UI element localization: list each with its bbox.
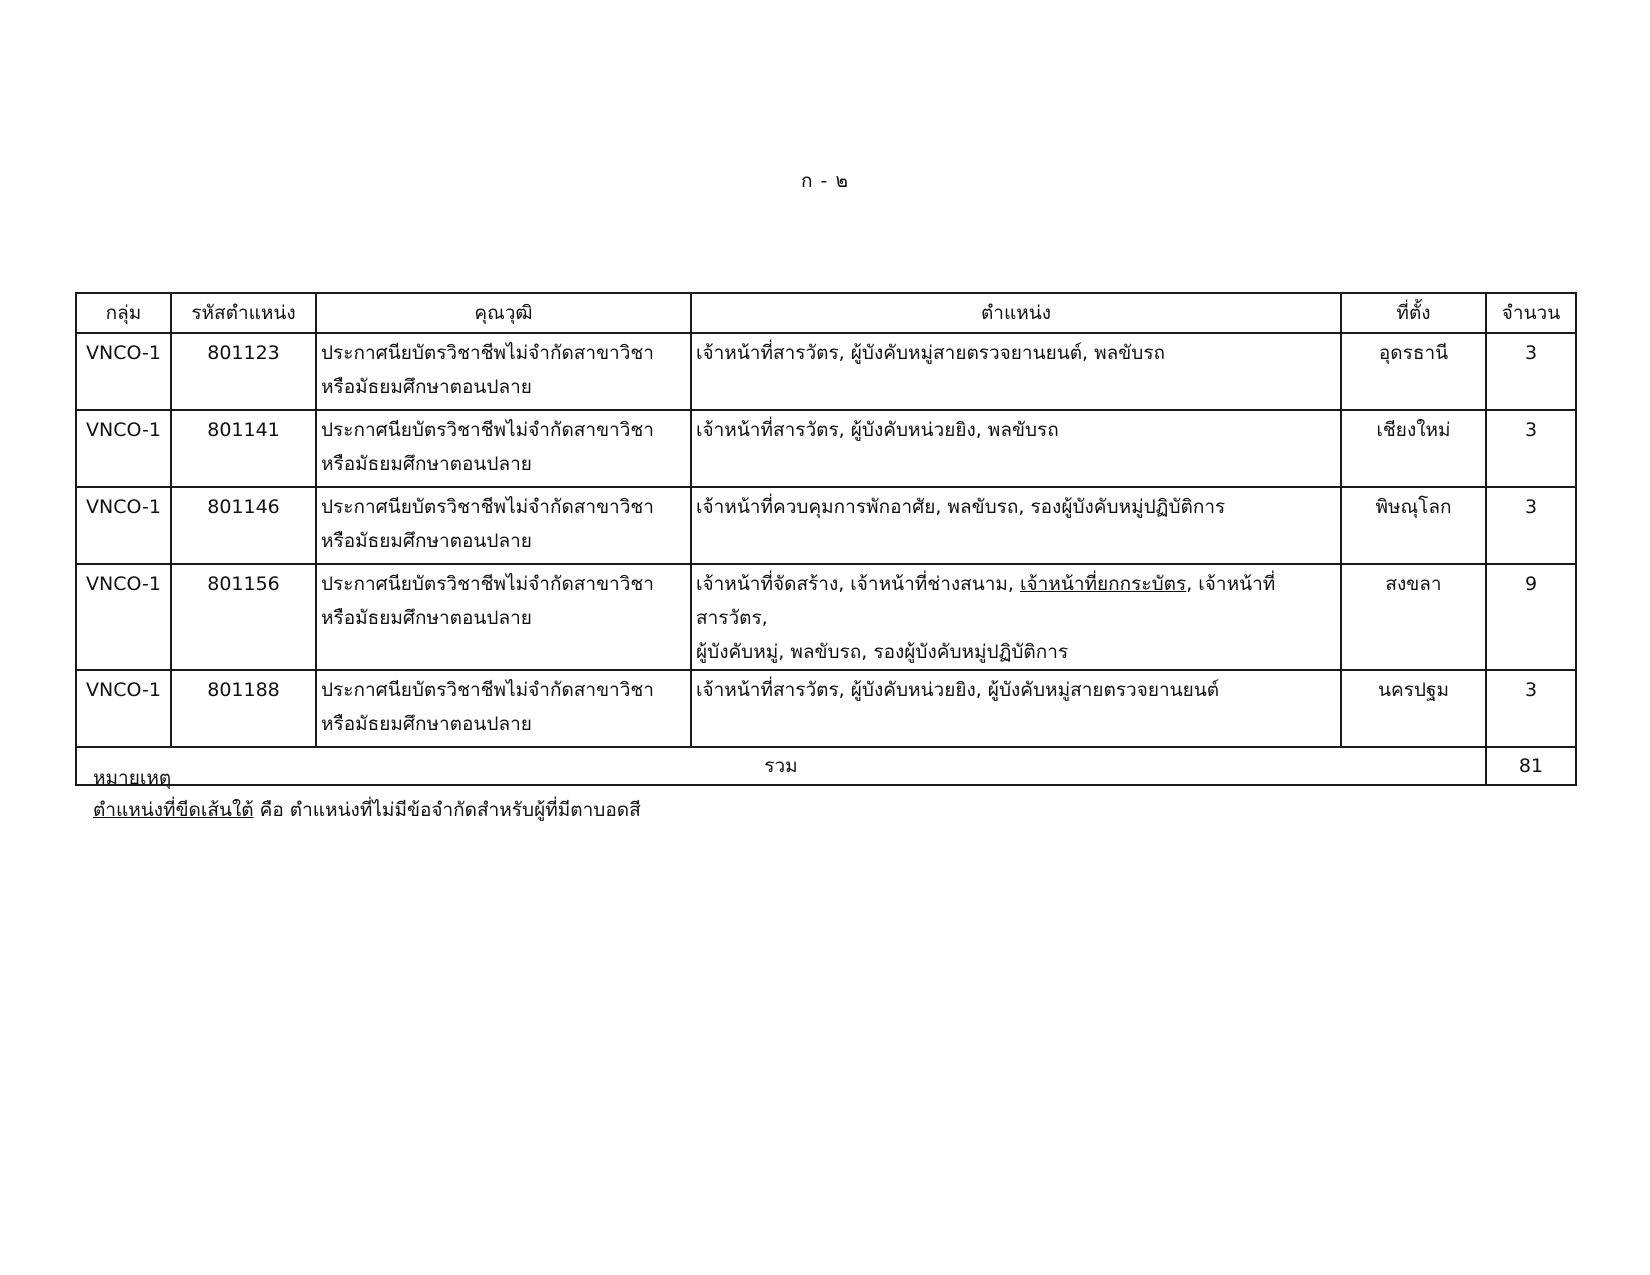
cell-group: VNCO-1	[76, 410, 171, 487]
cell-code: 801123	[171, 333, 316, 410]
cell-count: 3	[1486, 410, 1576, 487]
cell-position: เจ้าหน้าที่จัดสร้าง, เจ้าหน้าที่ช่างสนาม…	[691, 564, 1341, 670]
table-row: VNCO-1 801188 ประกาศนียบัตรวิชาชีพไม่จำก…	[76, 670, 1576, 747]
cell-location: สงขลา	[1341, 564, 1486, 670]
cell-location: พิษณุโลก	[1341, 487, 1486, 564]
table-row: VNCO-1 801146 ประกาศนียบัตรวิชาชีพไม่จำก…	[76, 487, 1576, 564]
table-row: VNCO-1 801123 ประกาศนียบัตรวิชาชีพไม่จำก…	[76, 333, 1576, 410]
cell-code: 801146	[171, 487, 316, 564]
qualification-line-1: ประกาศนียบัตรวิชาชีพไม่จำกัดสาขาวิชา	[321, 336, 690, 370]
cell-location: อุดรธานี	[1341, 333, 1486, 410]
notes-section: หมายเหตุ ตำแหน่งที่ขีดเส้นใต้ คือ ตำแหน่…	[93, 762, 641, 826]
qualification-line-2: หรือมัธยมศึกษาตอนปลาย	[321, 601, 690, 635]
qualification-line-1: ประกาศนียบัตรวิชาชีพไม่จำกัดสาขาวิชา	[321, 490, 690, 524]
cell-group: VNCO-1	[76, 564, 171, 670]
page-number: ก - ๒	[0, 166, 1650, 196]
cell-count: 9	[1486, 564, 1576, 670]
cell-position: เจ้าหน้าที่สารวัตร, ผู้บังคับหมู่สายตรวจ…	[691, 333, 1341, 410]
header-position: ตำแหน่ง	[691, 293, 1341, 333]
position-line-1: เจ้าหน้าที่จัดสร้าง, เจ้าหน้าที่ช่างสนาม…	[696, 567, 1340, 635]
cell-qualification: ประกาศนียบัตรวิชาชีพไม่จำกัดสาขาวิชา หรื…	[316, 410, 691, 487]
qualification-line-1: ประกาศนียบัตรวิชาชีพไม่จำกัดสาขาวิชา	[321, 673, 690, 707]
header-code: รหัสตำแหน่ง	[171, 293, 316, 333]
header-group: กลุ่ม	[76, 293, 171, 333]
cell-code: 801188	[171, 670, 316, 747]
cell-count: 3	[1486, 487, 1576, 564]
cell-qualification: ประกาศนียบัตรวิชาชีพไม่จำกัดสาขาวิชา หรื…	[316, 670, 691, 747]
cell-position: เจ้าหน้าที่สารวัตร, ผู้บังคับหน่วยยิง, ผ…	[691, 670, 1341, 747]
header-qualification: คุณวุฒิ	[316, 293, 691, 333]
table-row: VNCO-1 801141 ประกาศนียบัตรวิชาชีพไม่จำก…	[76, 410, 1576, 487]
cell-location: นครปฐม	[1341, 670, 1486, 747]
cell-position: เจ้าหน้าที่ควบคุมการพักอาศัย, พลขับรถ, ร…	[691, 487, 1341, 564]
qualification-line-1: ประกาศนียบัตรวิชาชีพไม่จำกัดสาขาวิชา	[321, 567, 690, 601]
qualification-line-2: หรือมัธยมศึกษาตอนปลาย	[321, 707, 690, 741]
cell-qualification: ประกาศนียบัตรวิชาชีพไม่จำกัดสาขาวิชา หรื…	[316, 564, 691, 670]
notes-explanation: คือ ตำแหน่งที่ไม่มีข้อจำกัดสำหรับผู้ที่ม…	[254, 799, 641, 821]
cell-count: 3	[1486, 333, 1576, 410]
header-location: ที่ตั้ง	[1341, 293, 1486, 333]
cell-code: 801156	[171, 564, 316, 670]
table-row: VNCO-1 801156 ประกาศนียบัตรวิชาชีพไม่จำก…	[76, 564, 1576, 670]
notes-body: ตำแหน่งที่ขีดเส้นใต้ คือ ตำแหน่งที่ไม่มี…	[93, 794, 641, 826]
header-count: จำนวน	[1486, 293, 1576, 333]
underlined-position: เจ้าหน้าที่ยกกระบัตร	[1020, 573, 1186, 595]
cell-location: เชียงใหม่	[1341, 410, 1486, 487]
notes-underlined-term: ตำแหน่งที่ขีดเส้นใต้	[93, 799, 254, 821]
qualification-line-2: หรือมัธยมศึกษาตอนปลาย	[321, 447, 690, 481]
cell-qualification: ประกาศนียบัตรวิชาชีพไม่จำกัดสาขาวิชา หรื…	[316, 487, 691, 564]
table-header-row: กลุ่ม รหัสตำแหน่ง คุณวุฒิ ตำแหน่ง ที่ตั้…	[76, 293, 1576, 333]
qualification-line-2: หรือมัธยมศึกษาตอนปลาย	[321, 370, 690, 404]
position-text: เจ้าหน้าที่จัดสร้าง, เจ้าหน้าที่ช่างสนาม…	[696, 573, 1020, 595]
cell-group: VNCO-1	[76, 670, 171, 747]
qualification-line-2: หรือมัธยมศึกษาตอนปลาย	[321, 524, 690, 558]
cell-group: VNCO-1	[76, 333, 171, 410]
total-value: 81	[1486, 747, 1576, 785]
positions-table: กลุ่ม รหัสตำแหน่ง คุณวุฒิ ตำแหน่ง ที่ตั้…	[75, 292, 1577, 786]
cell-qualification: ประกาศนียบัตรวิชาชีพไม่จำกัดสาขาวิชา หรื…	[316, 333, 691, 410]
notes-title: หมายเหตุ	[93, 762, 641, 794]
cell-group: VNCO-1	[76, 487, 171, 564]
position-line-2: ผู้บังคับหมู่, พลขับรถ, รองผู้บังคับหมู่…	[696, 635, 1340, 669]
cell-code: 801141	[171, 410, 316, 487]
qualification-line-1: ประกาศนียบัตรวิชาชีพไม่จำกัดสาขาวิชา	[321, 413, 690, 447]
cell-position: เจ้าหน้าที่สารวัตร, ผู้บังคับหน่วยยิง, พ…	[691, 410, 1341, 487]
cell-count: 3	[1486, 670, 1576, 747]
